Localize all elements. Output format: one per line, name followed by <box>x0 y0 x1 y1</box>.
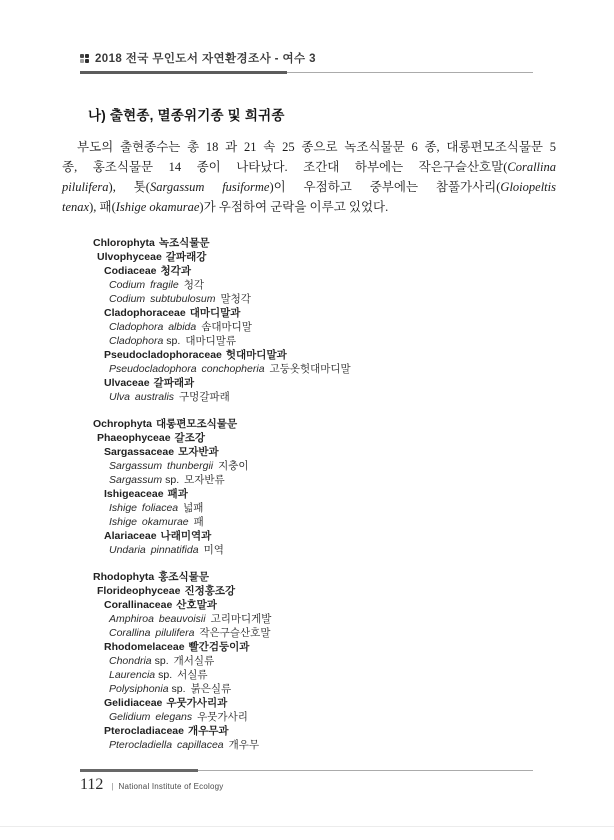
taxon-korean-name: 갈파래과 <box>154 377 195 389</box>
taxon-korean-name: 붉은실류 <box>191 683 232 695</box>
scientific-name: Corallina <box>507 160 556 174</box>
text-segment: 종, 홍조식물문 14 종이 나타났다. 조간대 하부에는 작은구슬산호말( <box>62 160 507 174</box>
taxon-latin-name: Phaeophyceae <box>97 432 171 444</box>
taxon-latin-name: Undaria pinnatifida <box>109 544 199 556</box>
taxon-latin-name: Pseudocladophora conchopheria <box>109 363 265 375</box>
taxa-row-family: Corallinaceae산호말과 <box>93 598 351 612</box>
taxa-row-species: Sargassum thunbergii지충이 <box>93 459 351 473</box>
taxon-korean-name: 솜대마디말 <box>201 321 252 333</box>
taxon-korean-name: 산호말과 <box>176 599 217 611</box>
taxa-row-species: Ulva australis구멍갈파래 <box>93 390 351 404</box>
page-header-row: 2018 전국 무인도서 자연환경조사 - 여수 3 <box>80 50 533 66</box>
taxa-row-species: Ishige okamurae패 <box>93 515 351 529</box>
taxon-korean-name: 대마디말류 <box>185 335 236 347</box>
taxon-korean-name: 청각과 <box>161 265 191 277</box>
header-rule-thin <box>287 72 533 73</box>
taxa-row-family: Sargassaceae모자반과 <box>93 445 351 459</box>
taxa-row-species: Undaria pinnatifida미역 <box>93 543 351 557</box>
text-segment: 부도의 출현종수는 총 18 과 21 속 25 종으로 녹조식물문 6 종, … <box>77 140 556 154</box>
taxon-latin-name: Florideophyceae <box>97 585 180 597</box>
taxon-korean-name: 고리마디게발 <box>211 613 272 625</box>
page-bottom-edge <box>0 826 614 827</box>
taxon-korean-name: 갈파래강 <box>166 251 207 263</box>
taxon-qualifier: sp. <box>172 683 186 695</box>
taxon-latin-name: Ishige okamurae <box>109 516 189 528</box>
taxa-row-phylum: Chlorophyta녹조식물문 <box>93 236 351 250</box>
taxon-korean-name: 패과 <box>168 488 188 500</box>
taxon-latin-name: Sargassum <box>109 474 162 486</box>
taxon-korean-name: 개서실류 <box>174 655 215 667</box>
taxa-row-species: Pseudocladophora conchopheria고둥옷헛대마디말 <box>93 362 351 376</box>
taxon-latin-name: Chlorophyta <box>93 237 155 249</box>
taxon-korean-name: 구멍갈파래 <box>179 391 230 403</box>
taxon-latin-name: Cladophoraceae <box>104 307 186 319</box>
taxon-korean-name: 서실류 <box>177 669 207 681</box>
taxon-latin-name: Polysiphonia <box>109 683 169 695</box>
taxa-row-phylum: Rhodophyta홍조식물문 <box>93 570 351 584</box>
taxon-latin-name: Codium fragile <box>109 279 179 291</box>
taxa-row-species: Corallina pilulifera작은구슬산호말 <box>93 626 351 640</box>
taxon-korean-name: 넓패 <box>183 502 203 514</box>
taxon-latin-name: Codium subtubulosum <box>109 293 215 305</box>
scientific-name: pilulifera <box>62 180 109 194</box>
taxon-latin-name: Codiaceae <box>104 265 157 277</box>
taxon-korean-name: 빨간검둥이과 <box>189 641 250 653</box>
taxon-latin-name: Laurencia <box>109 669 155 681</box>
paragraph-line: tenax), 패(Ishige okamurae)가 우점하여 군락을 이루고… <box>62 197 556 217</box>
taxon-qualifier: sp. <box>158 669 172 681</box>
taxon-korean-name: 진정홍조강 <box>184 585 235 597</box>
taxon-korean-name: 지충이 <box>218 460 248 472</box>
taxa-row-species: Sargassumsp.모자반류 <box>93 473 351 487</box>
taxon-korean-name: 청각 <box>184 279 204 291</box>
scientific-name: Gloiopeltis <box>500 180 556 194</box>
report-title: 2018 전국 무인도서 자연환경조사 - 여수 3 <box>95 50 316 66</box>
taxa-row-species: Cladophora albida솜대마디말 <box>93 320 351 334</box>
paragraph-line: 종, 홍조식물문 14 종이 나타났다. 조간대 하부에는 작은구슬산호말(Co… <box>62 157 556 177</box>
taxon-qualifier: sp. <box>155 655 169 667</box>
taxon-korean-name: 홍조식물문 <box>158 571 209 583</box>
page-number: 112 <box>80 776 103 794</box>
taxon-latin-name: Ulvaceae <box>104 377 150 389</box>
taxa-row-species: Chondriasp.개서실류 <box>93 654 351 668</box>
taxon-latin-name: Sargassaceae <box>104 446 174 458</box>
taxa-row-phylum: Ochrophyta대롱편모조식물문 <box>93 417 351 431</box>
taxa-row-family: Ulvaceae갈파래과 <box>93 376 351 390</box>
taxa-row-family: Pterocladiaceae개우무과 <box>93 724 351 738</box>
taxa-section: Chlorophyta녹조식물문Ulvophyceae갈파래강Codiaceae… <box>93 236 351 404</box>
taxa-row-family: Codiaceae청각과 <box>93 264 351 278</box>
taxa-row-species: Laurenciasp.서실류 <box>93 668 351 682</box>
taxon-korean-name: 개우무과 <box>188 725 229 737</box>
taxon-latin-name: Pterocladiaceae <box>104 725 184 737</box>
taxon-latin-name: Corallina pilulifera <box>109 627 194 639</box>
paragraph-line: 부도의 출현종수는 총 18 과 21 속 25 종으로 녹조식물문 6 종, … <box>62 137 556 157</box>
taxon-qualifier: sp. <box>165 474 179 486</box>
taxon-korean-name: 나래미역과 <box>161 530 212 542</box>
taxa-row-family: Gelidiaceae우뭇가사리과 <box>93 696 351 710</box>
taxon-latin-name: Cladophora albida <box>109 321 196 333</box>
header-rule-thick <box>80 71 287 74</box>
footer-rule-thick <box>80 769 198 772</box>
taxa-row-species: Cladophorasp.대마디말류 <box>93 334 351 348</box>
taxa-list: Chlorophyta녹조식물문Ulvophyceae갈파래강Codiaceae… <box>93 236 351 752</box>
page-footer: 112 | National Institute of Ecology <box>80 769 533 794</box>
taxon-korean-name: 녹조식물문 <box>159 237 210 249</box>
taxa-row-family: Rhodomelaceae빨간검둥이과 <box>93 640 351 654</box>
taxon-korean-name: 개우무 <box>229 739 259 751</box>
taxa-row-species: Gelidium elegans우뭇가사리 <box>93 710 351 724</box>
taxon-korean-name: 갈조강 <box>175 432 205 444</box>
taxon-latin-name: Sargassum thunbergii <box>109 460 213 472</box>
taxon-qualifier: sp. <box>166 335 180 347</box>
header-rule <box>80 71 533 74</box>
scientific-name: Sargassum fusiforme <box>150 180 270 194</box>
taxon-korean-name: 우뭇가사리 <box>197 711 248 723</box>
taxon-korean-name: 대롱편모조식물문 <box>156 418 237 430</box>
taxon-latin-name: Ochrophyta <box>93 418 152 430</box>
taxon-korean-name: 미역 <box>204 544 224 556</box>
taxon-latin-name: Rhodomelaceae <box>104 641 185 653</box>
taxon-latin-name: Pterocladiella capillacea <box>109 739 224 751</box>
text-segment: ), 패( <box>89 200 116 214</box>
taxon-latin-name: Cladophora <box>109 335 163 347</box>
footer-row: 112 | National Institute of Ecology <box>80 776 533 794</box>
text-segment: )가 우점하여 군락을 이루고 있었다. <box>199 200 388 214</box>
taxa-row-species: Codium subtubulosum말청각 <box>93 292 351 306</box>
page-header: 2018 전국 무인도서 자연환경조사 - 여수 3 <box>80 50 533 74</box>
taxon-latin-name: Chondria <box>109 655 152 667</box>
taxon-korean-name: 헛대마디말과 <box>226 349 287 361</box>
taxa-section: Rhodophyta홍조식물문Florideophyceae진정홍조강Coral… <box>93 570 351 752</box>
taxon-korean-name: 우뭇가사리과 <box>166 697 227 709</box>
body-paragraph: 부도의 출현종수는 총 18 과 21 속 25 종으로 녹조식물문 6 종, … <box>62 137 556 217</box>
taxon-korean-name: 말청각 <box>220 293 250 305</box>
taxon-latin-name: Gelidiaceae <box>104 697 162 709</box>
footer-separator: | <box>111 782 113 791</box>
taxon-latin-name: Corallinaceae <box>104 599 172 611</box>
taxa-section: Ochrophyta대롱편모조식물문Phaeophyceae갈조강Sargass… <box>93 417 351 557</box>
institute-name: National Institute of Ecology <box>118 782 223 791</box>
taxa-row-species: Pterocladiella capillacea개우무 <box>93 738 351 752</box>
taxa-row-family: Alariaceae나래미역과 <box>93 529 351 543</box>
taxon-latin-name: Pseudocladophoraceae <box>104 349 222 361</box>
taxon-latin-name: Amphiroa beauvoisii <box>109 613 206 625</box>
taxon-latin-name: Ishigeaceae <box>104 488 164 500</box>
taxa-row-class: Florideophyceae진정홍조강 <box>93 584 351 598</box>
text-segment: ), 톳( <box>109 180 150 194</box>
footer-rule <box>80 769 533 772</box>
taxon-latin-name: Ulva australis <box>109 391 174 403</box>
taxon-latin-name: Ishige foliacea <box>109 502 178 514</box>
taxon-latin-name: Rhodophyta <box>93 571 154 583</box>
taxon-latin-name: Ulvophyceae <box>97 251 162 263</box>
paragraph-line: pilulifera), 톳(Sargassum fusiforme)이 우점하… <box>62 177 556 197</box>
scientific-name: Ishige okamurae <box>116 200 200 214</box>
taxon-korean-name: 고둥옷헛대마디말 <box>270 363 351 375</box>
taxa-row-species: Amphiroa beauvoisii고리마디게발 <box>93 612 351 626</box>
taxa-row-family: Ishigeaceae패과 <box>93 487 351 501</box>
taxa-row-species: Codium fragile청각 <box>93 278 351 292</box>
taxa-row-species: Ishige foliacea넓패 <box>93 501 351 515</box>
taxa-row-species: Polysiphoniasp.붉은실류 <box>93 682 351 696</box>
footer-rule-thin <box>198 770 533 771</box>
taxa-row-family: Pseudocladophoraceae헛대마디말과 <box>93 348 351 362</box>
taxon-latin-name: Alariaceae <box>104 530 157 542</box>
taxa-row-family: Cladophoraceae대마디말과 <box>93 306 351 320</box>
taxon-korean-name: 패 <box>194 516 204 528</box>
taxon-korean-name: 모자반류 <box>184 474 225 486</box>
dots-grid-icon <box>80 54 89 63</box>
taxa-row-class: Phaeophyceae갈조강 <box>93 431 351 445</box>
scientific-name: tenax <box>62 200 89 214</box>
taxa-row-class: Ulvophyceae갈파래강 <box>93 250 351 264</box>
text-segment: )이 우점하고 중부에는 참풀가사리( <box>269 180 500 194</box>
taxon-korean-name: 작은구슬산호말 <box>199 627 270 639</box>
taxon-latin-name: Gelidium elegans <box>109 711 192 723</box>
section-heading: 나) 출현종, 멸종위기종 및 희귀종 <box>88 104 285 124</box>
taxon-korean-name: 모자반과 <box>178 446 219 458</box>
taxon-korean-name: 대마디말과 <box>190 307 241 319</box>
